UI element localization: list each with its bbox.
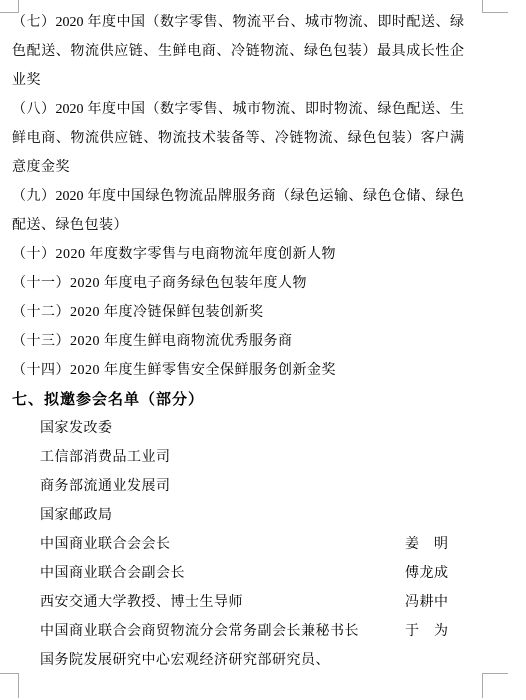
text-boundary-mark-top-right — [482, 0, 508, 13]
attendee-title: 中国商业联合会商贸物流分会常务副会长兼秘书长 — [40, 624, 359, 639]
award-paragraph-line: 业奖 — [12, 66, 464, 95]
attendee-row: 国务院发展研究中心宏观经济研究部研究员、 — [12, 646, 464, 675]
attendee-row: 中国商业联合会副会长傅龙成 — [12, 559, 464, 588]
award-paragraph-line: （十二）2020 年度冷链保鲜包装创新奖 — [12, 298, 464, 327]
attendee-name: 傅龙成 — [405, 559, 449, 588]
attendee-title: 西安交通大学教授、博士生导师 — [40, 595, 243, 610]
attendee-list: 国家发改委工信部消费品工业司商务部流通业发展司国家邮政局中国商业联合会会长姜 明… — [12, 414, 464, 675]
document-page: （七）2020 年度中国（数字零售、物流平台、城市物流、即时配送、绿色配送、物流… — [0, 0, 526, 700]
award-paragraph-line: 意度金奖 — [12, 153, 464, 182]
attendee-row: 国家邮政局 — [12, 501, 464, 530]
attendee-title: 国务院发展研究中心宏观经济研究部研究员、 — [40, 653, 330, 668]
attendee-row: 中国商业联合会会长姜 明 — [12, 530, 464, 559]
text-boundary-mark-bottom-right — [482, 673, 508, 698]
attendee-title: 中国商业联合会副会长 — [40, 566, 185, 581]
award-paragraph-line: （十）2020 年度数字零售与电商物流年度创新人物 — [12, 240, 464, 269]
text-boundary-mark-bottom-left — [0, 673, 19, 698]
award-paragraph-line: （九）2020 年度中国绿色物流品牌服务商（绿色运输、绿色仓储、绿色 — [12, 182, 464, 211]
attendee-row: 西安交通大学教授、博士生导师冯耕中 — [12, 588, 464, 617]
attendee-title: 国家邮政局 — [40, 508, 113, 523]
attendee-title: 工信部消费品工业司 — [40, 450, 171, 465]
attendee-title: 中国商业联合会会长 — [40, 537, 171, 552]
attendee-name: 姜 明 — [405, 530, 449, 559]
attendee-name: 冯耕中 — [405, 588, 449, 617]
attendee-title: 国家发改委 — [40, 421, 113, 436]
award-paragraph-line: （十一）2020 年度电子商务绿色包装年度人物 — [12, 269, 464, 298]
award-paragraph-line: （十四）2020 年度生鲜零售安全保鲜服务创新金奖 — [12, 356, 464, 385]
award-paragraph-line: （七）2020 年度中国（数字零售、物流平台、城市物流、即时配送、绿 — [12, 8, 464, 37]
attendee-title: 商务部流通业发展司 — [40, 479, 171, 494]
document-content: （七）2020 年度中国（数字零售、物流平台、城市物流、即时配送、绿色配送、物流… — [12, 8, 464, 675]
award-paragraph-line: 配送、绿色包装） — [12, 211, 464, 240]
attendee-row: 商务部流通业发展司 — [12, 472, 464, 501]
section-heading: 七、拟邀参会名单（部分） — [12, 385, 464, 414]
attendee-name: 于 为 — [405, 617, 449, 646]
attendee-row: 中国商业联合会商贸物流分会常务副会长兼秘书长于 为 — [12, 617, 464, 646]
award-paragraph-line: （十三）2020 年度生鲜电商物流优秀服务商 — [12, 327, 464, 356]
attendee-row: 工信部消费品工业司 — [12, 443, 464, 472]
award-paragraph-line: （八）2020 年度中国（数字零售、城市物流、即时物流、绿色配送、生 — [12, 95, 464, 124]
award-category-list: （七）2020 年度中国（数字零售、物流平台、城市物流、即时配送、绿色配送、物流… — [12, 8, 464, 385]
award-paragraph-line: 色配送、物流供应链、生鲜电商、冷链物流、绿色包装）最具成长性企 — [12, 37, 464, 66]
award-paragraph-line: 鲜电商、物流供应链、物流技术装备等、冷链物流、绿色包装）客户满 — [12, 124, 464, 153]
attendee-row: 国家发改委 — [12, 414, 464, 443]
